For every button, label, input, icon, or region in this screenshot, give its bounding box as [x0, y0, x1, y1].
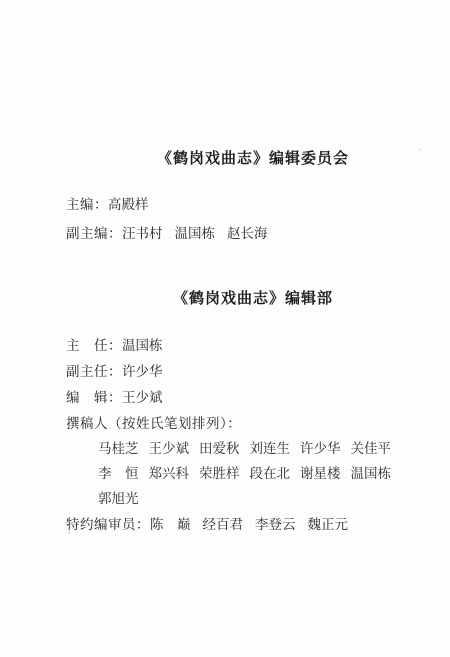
person-name: 赵长海: [227, 226, 268, 241]
editor-line: 编 辑：王少斌: [66, 391, 440, 405]
person-name: 汪书村: [122, 226, 163, 241]
special-reviewers-label: 特约编审员：: [66, 517, 150, 532]
director-label: 主 任：: [66, 338, 122, 353]
chief-editor-label: 主编：: [66, 197, 108, 212]
person-name: 段在北: [250, 466, 291, 481]
deputy-director-line: 副主任：许少华: [66, 365, 440, 379]
person-name: 魏正元: [308, 517, 349, 532]
committee-title: 《鹤岗戏曲志》编辑委员会: [66, 147, 440, 168]
deputy-director-name: 许少华: [122, 364, 163, 379]
person-name: 许少华: [300, 441, 341, 456]
scanned-book-page: 《鹤岗戏曲志》编辑委员会 主编：高殿样 副主编：汪书村温国栋赵长海 《鹤岗戏曲志…: [0, 0, 450, 657]
person-name: 李 恒: [98, 466, 139, 481]
person-name: 马桂芝: [98, 441, 139, 456]
deputy-director-label: 副主任：: [66, 364, 122, 379]
person-name: 关佳平: [351, 441, 392, 456]
deputy-chief-editor-line: 副主编：汪书村温国栋赵长海: [66, 227, 440, 241]
special-reviewers-line: 特约编审员：陈 巅经百君李登云魏正元: [66, 518, 440, 532]
person-name: 田爱秋: [199, 441, 240, 456]
chief-editor-name: 高殿样: [108, 197, 149, 212]
person-name: 王少斌: [149, 441, 190, 456]
person-name: 谢星楼: [300, 466, 341, 481]
person-name: 李登云: [255, 517, 296, 532]
contributors-row-2: 李 恒郑兴科荣胜样段在北谢星楼温国栋: [66, 467, 440, 481]
contributors-row-1: 马桂芝王少斌田爱秋刘连生许少华关佳平: [66, 442, 440, 456]
person-name: 郭旭光: [98, 491, 139, 506]
person-name: 经百君: [203, 517, 244, 532]
director-name: 温国栋: [122, 338, 163, 353]
page-content: 《鹤岗戏曲志》编辑委员会 主编：高殿样 副主编：汪书村温国栋赵长海 《鹤岗戏曲志…: [66, 0, 440, 532]
contributors-label: 撰稿人（按姓氏笔划排列）：: [66, 416, 241, 431]
department-title: 《鹤岗戏曲志》编辑部: [66, 287, 440, 308]
person-name: 荣胜样: [199, 466, 240, 481]
editor-label: 编 辑：: [66, 390, 122, 405]
contributors-row-3: 郭旭光: [66, 492, 440, 506]
editor-name: 王少斌: [122, 390, 163, 405]
contributors-label-line: 撰稿人（按姓氏笔划排列）：: [66, 417, 440, 431]
person-name: 温国栋: [175, 226, 216, 241]
person-name: 刘连生: [250, 441, 291, 456]
deputy-chief-editor-label: 副主编：: [66, 226, 122, 241]
chief-editor-line: 主编：高殿样: [66, 198, 440, 212]
person-name: 陈 巅: [150, 517, 191, 532]
person-name: 郑兴科: [149, 466, 190, 481]
director-line: 主 任：温国栋: [66, 339, 440, 353]
person-name: 温国栋: [351, 466, 392, 481]
